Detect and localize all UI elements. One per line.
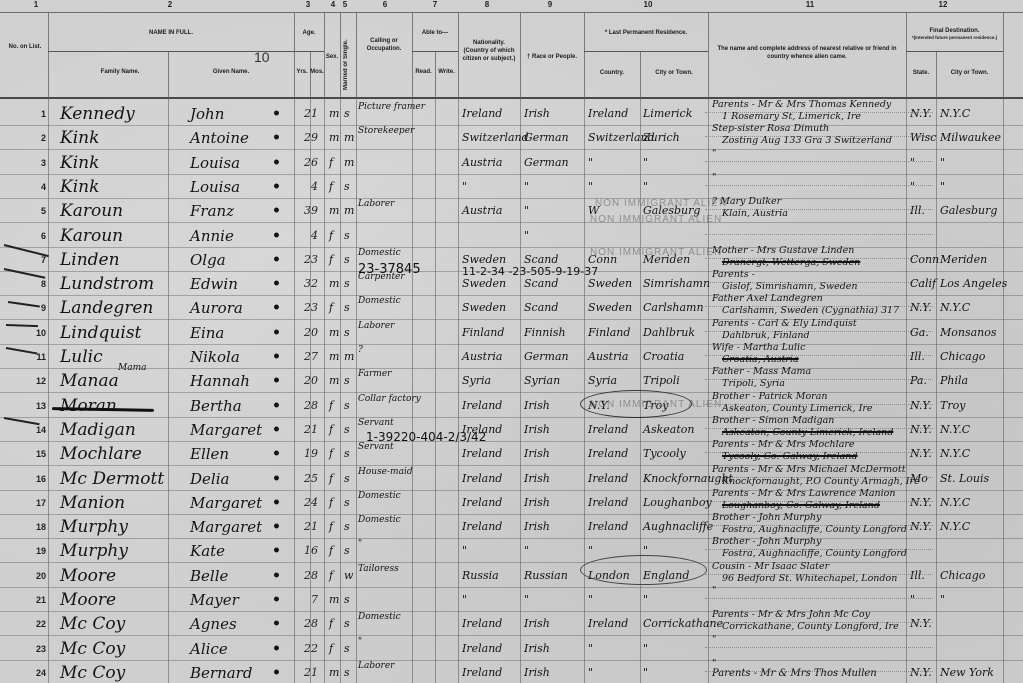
- header-able-to: Able to—: [412, 29, 458, 37]
- race: Irish: [524, 611, 582, 635]
- marital-status: s: [344, 466, 356, 490]
- marital-status: s: [344, 174, 356, 198]
- table-row: 15MochlareEllen19fsServantIrelandIrishIr…: [0, 441, 1023, 466]
- residence-country: Ireland: [588, 490, 640, 514]
- destination-city: Monsanos: [940, 320, 1002, 344]
- olga-number-annotation: 23-37845: [358, 262, 421, 277]
- sex: f: [329, 150, 341, 174]
- given-name-marker-dot: •: [272, 611, 281, 635]
- race: Scand: [524, 295, 582, 319]
- sex: f: [329, 417, 341, 441]
- race: ": [524, 223, 582, 247]
- residence-country: ": [588, 150, 640, 174]
- age-years: 23: [300, 295, 318, 319]
- family-name: Kennedy: [60, 101, 168, 125]
- sex: m: [329, 660, 341, 683]
- nationality: Ireland: [462, 611, 520, 635]
- column-number: 12: [939, 0, 948, 9]
- marital-status: s: [344, 441, 356, 465]
- residence-country: ": [588, 174, 640, 198]
- marital-status: s: [344, 538, 356, 562]
- relative-line: ": [712, 585, 904, 597]
- marital-status: s: [344, 660, 356, 683]
- table-row: 9LandegrenAurora23fsDomesticSwedenScandS…: [0, 295, 1023, 320]
- destination-city: ": [940, 587, 1002, 611]
- race: Russian: [524, 563, 582, 587]
- residence-country: Ireland: [588, 514, 640, 538]
- family-name: Karoun: [60, 223, 168, 247]
- occupation: Domestic: [358, 490, 412, 514]
- sex: m: [329, 198, 341, 222]
- header-mos: Mos.: [310, 68, 324, 76]
- given-name: Eina: [190, 320, 280, 344]
- given-name-marker-dot: •: [272, 271, 281, 295]
- occupation: Storekeeper: [358, 125, 412, 149]
- table-row: 10LindquistEina20msLaborerFinlandFinnish…: [0, 320, 1023, 345]
- occupation: Domestic: [358, 514, 412, 538]
- header-write: Write.: [435, 68, 458, 76]
- age-years: 25: [300, 466, 318, 490]
- residence-city: Knockfornaught: [643, 466, 707, 490]
- nationality: Russia: [462, 563, 520, 587]
- destination-state: ": [910, 150, 936, 174]
- residence-city: ": [643, 587, 707, 611]
- occupation: Tailoress: [358, 563, 412, 587]
- table-header: No. on List. NAME IN FULL. 10 Family Nam…: [0, 12, 1023, 99]
- sex: f: [329, 611, 341, 635]
- sex: m: [329, 125, 341, 149]
- marital-status: s: [344, 587, 356, 611]
- nationality: Austria: [462, 150, 520, 174]
- column-number: 9: [548, 0, 552, 9]
- destination-city: N.Y.C: [940, 514, 1002, 538]
- given-name: Mayer: [190, 587, 280, 611]
- relative-line: Parents - Mr & Mrs Thomas Kennedy: [712, 99, 904, 111]
- occupation: Picture framer: [358, 101, 412, 125]
- age-years: 28: [300, 393, 318, 417]
- race: ": [524, 174, 582, 198]
- header-state: State.: [906, 69, 936, 77]
- age-years: 4: [300, 223, 318, 247]
- family-name: Manion: [60, 490, 168, 514]
- race: ": [524, 587, 582, 611]
- destination-city: ": [940, 174, 1002, 198]
- residence-country: Austria: [588, 344, 640, 368]
- relative-line: Cousin - Mr Isaac Slater: [712, 561, 904, 573]
- relative-line: Wife - Martha Lulic: [712, 342, 904, 354]
- given-name-marker-dot: •: [272, 223, 281, 247]
- family-name: Landegren: [60, 295, 168, 319]
- race: German: [524, 125, 582, 149]
- nationality: Austria: [462, 344, 520, 368]
- manifest-sheet: 1 2 3 4 5 6 7 8 9 10 11 12 No. on Li: [0, 0, 1023, 683]
- relative-line: ": [712, 634, 904, 646]
- destination-city: ": [940, 150, 1002, 174]
- marital-status: s: [344, 320, 356, 344]
- row-number: 11: [18, 344, 46, 368]
- nationality: ": [462, 538, 520, 562]
- family-name: Mc Coy: [60, 660, 168, 683]
- given-name-marker-dot: •: [272, 125, 281, 149]
- destination-city: Galesburg: [940, 198, 1002, 222]
- table-row: 17ManionMargaret24fsDomesticIrelandIrish…: [0, 490, 1023, 515]
- family-name: Kink: [60, 174, 168, 198]
- table-row: 6KarounAnnie4fs"•: [0, 223, 1023, 248]
- non-immigrant-stamp: NON IMMIGRANT ALIEN: [595, 198, 727, 209]
- destination-state: N.Y.: [910, 393, 936, 417]
- residence-city: Loughanboy: [643, 490, 707, 514]
- family-name: Karoun: [60, 198, 168, 222]
- nationality: [462, 223, 520, 247]
- residence-city: Dahlbruk: [643, 320, 707, 344]
- residence-city: Askeaton: [643, 417, 707, 441]
- occupation: [358, 174, 412, 198]
- given-name-marker-dot: •: [272, 514, 281, 538]
- family-name: Mochlare: [60, 441, 168, 465]
- given-name: Antoine: [190, 125, 280, 149]
- sex: m: [329, 587, 341, 611]
- residence-country: ": [588, 636, 640, 660]
- given-name: Ellen: [190, 441, 280, 465]
- destination-city: [940, 636, 1002, 660]
- nationality: ": [462, 587, 520, 611]
- age-years: 4: [300, 174, 318, 198]
- residence-country: ": [588, 587, 640, 611]
- destination-state: N.Y.: [910, 441, 936, 465]
- handwritten-page-number: 10: [254, 49, 270, 65]
- row-number: 6: [18, 223, 46, 247]
- destination-state: Ill.: [910, 198, 936, 222]
- residence-city: Tripoli: [643, 368, 707, 392]
- race: Irish: [524, 636, 582, 660]
- occupation: Farmer: [358, 368, 412, 392]
- row-25-partial-relative: Parents - Mr & Mrs Thos Mullen: [712, 668, 877, 679]
- given-name: Delia: [190, 466, 280, 490]
- column-number: 8: [485, 0, 489, 9]
- given-name: Belle: [190, 563, 280, 587]
- race: Irish: [524, 514, 582, 538]
- destination-city: Los Angeles: [940, 271, 1002, 295]
- table-row: 11LulicNikola27mm?AustriaGermanAustriaCr…: [0, 344, 1023, 369]
- age-years: 20: [300, 320, 318, 344]
- marital-status: m: [344, 198, 356, 222]
- given-name: Aurora: [190, 295, 280, 319]
- destination-state: Conn: [910, 247, 936, 271]
- marital-status: s: [344, 514, 356, 538]
- occupation: Domestic: [358, 295, 412, 319]
- destination-city: Milwaukee: [940, 125, 1002, 149]
- family-name: Mc Coy: [60, 636, 168, 660]
- given-name-marker-dot: •: [272, 101, 281, 125]
- relative-line: ": [712, 148, 904, 160]
- non-immigrant-stamp: NON IMMIGRANT ALIEN: [590, 247, 722, 258]
- family-name: Linden: [60, 247, 168, 271]
- nationality: Ireland: [462, 660, 520, 683]
- residence-city: Limerick: [643, 101, 707, 125]
- non-immigrant-stamp: NON IMMIGRANT ALIEN: [590, 214, 722, 225]
- given-name: Kate: [190, 538, 280, 562]
- given-name: John: [190, 101, 280, 125]
- given-name-marker-dot: •: [272, 174, 281, 198]
- sex: m: [329, 368, 341, 392]
- header-calling: Calling or Occupation.: [358, 37, 410, 53]
- race: Irish: [524, 660, 582, 683]
- age-years: 39: [300, 198, 318, 222]
- given-name: Annie: [190, 223, 280, 247]
- occupation: Laborer: [358, 198, 412, 222]
- header-country: Country.: [584, 69, 640, 77]
- destination-state: N.Y.: [910, 514, 936, 538]
- occupation: [358, 150, 412, 174]
- row-number: 1: [18, 101, 46, 125]
- header-family-name: Family Name.: [75, 68, 165, 76]
- table-row: 4KinkLouisa4fs""""""•": [0, 174, 1023, 199]
- sex: m: [329, 344, 341, 368]
- given-name: Bertha: [190, 393, 280, 417]
- residence-country: Finland: [588, 320, 640, 344]
- row-number: 5: [18, 198, 46, 222]
- residence-country: Ireland: [588, 466, 640, 490]
- destination-city: [940, 611, 1002, 635]
- relative-line: Mother - Mrs Gustave Linden: [712, 245, 904, 257]
- nationality: Ireland: [462, 636, 520, 660]
- marital-status: w: [344, 563, 356, 587]
- table-row: 22Mc CoyAgnes28fsDomesticIrelandIrishIre…: [0, 611, 1023, 636]
- destination-state: N.Y.: [910, 490, 936, 514]
- relative-line: Brother - Simon Madigan: [712, 415, 904, 427]
- row-number: 12: [18, 368, 46, 392]
- age-years: 21: [300, 417, 318, 441]
- marital-status: s: [344, 368, 356, 392]
- given-name-marker-dot: •: [272, 295, 281, 319]
- given-name-marker-dot: •: [272, 490, 281, 514]
- sex: f: [329, 295, 341, 319]
- header-final-destination: Final Destination.: [906, 27, 1003, 35]
- destination-city: [940, 538, 1002, 562]
- marital-status: m: [344, 344, 356, 368]
- residence-city: Simrishamn: [643, 271, 707, 295]
- residence-city: Aughnacliffe: [643, 514, 707, 538]
- residence-country: Ireland: [588, 101, 640, 125]
- marital-status: s: [344, 417, 356, 441]
- row-number: 10: [18, 320, 46, 344]
- relative-line: Parents - Mr & Mrs Mochlare: [712, 439, 904, 451]
- row-number: 23: [18, 636, 46, 660]
- header-dest-city: City or Town.: [936, 69, 1003, 77]
- age-years: 28: [300, 563, 318, 587]
- manifest-rows: 1KennedyJohn21msPicture framerIrelandIri…: [0, 97, 1023, 683]
- given-name-marker-dot: •: [272, 466, 281, 490]
- given-name: Edwin: [190, 271, 280, 295]
- marital-status: s: [344, 393, 356, 417]
- age-years: 29: [300, 125, 318, 149]
- olga-date-annotation: 11-2-34 -23-505-9-19-37: [462, 265, 598, 278]
- destination-state: Pa.: [910, 368, 936, 392]
- occupation: ": [358, 538, 412, 562]
- race: Irish: [524, 490, 582, 514]
- marital-status: s: [344, 636, 356, 660]
- nationality: Ireland: [462, 393, 520, 417]
- column-number: 6: [383, 0, 387, 9]
- given-name: Louisa: [190, 174, 280, 198]
- given-name-marker-dot: •: [272, 368, 281, 392]
- destination-city: Troy: [940, 393, 1002, 417]
- row-number: 9: [18, 295, 46, 319]
- given-name-marker-dot: •: [272, 198, 281, 222]
- given-name-marker-dot: •: [272, 247, 281, 271]
- destination-city: Chicago: [940, 344, 1002, 368]
- family-name: Lundstrom: [60, 271, 168, 295]
- age-years: 24: [300, 490, 318, 514]
- residence-city: Corrickathane: [643, 611, 707, 635]
- table-row: 18MurphyMargaret21fsDomesticIrelandIrish…: [0, 514, 1023, 539]
- residence-city: Zurich: [643, 125, 707, 149]
- header-relative: The name and complete address of nearest…: [712, 45, 902, 61]
- family-name: Manaa: [60, 368, 168, 392]
- occupation: [358, 223, 412, 247]
- residence-city: ": [643, 660, 707, 683]
- nationality: Finland: [462, 320, 520, 344]
- header-yrs: Yrs.: [294, 68, 310, 76]
- destination-state: Ill.: [910, 344, 936, 368]
- given-name: Margaret: [190, 417, 280, 441]
- family-name: Lindquist: [60, 320, 168, 344]
- table-row: 14MadiganMargaret21fsServantIrelandIrish…: [0, 417, 1023, 442]
- row-number: 4: [18, 174, 46, 198]
- table-row: 19MurphyKate16fs"""""•Brother - John Mur…: [0, 538, 1023, 563]
- column-number: 4: [331, 0, 335, 9]
- header-city: City or Town.: [640, 69, 708, 77]
- given-name-marker-dot: •: [272, 417, 281, 441]
- destination-city: [940, 223, 1002, 247]
- given-name: Agnes: [190, 611, 280, 635]
- sex: f: [329, 636, 341, 660]
- destination-state: [910, 538, 936, 562]
- relative-line: Parents - Mr & Mrs Lawrence Manion: [712, 488, 904, 500]
- destination-state: [910, 636, 936, 660]
- relative-line: Father - Mass Mama: [712, 366, 904, 378]
- row-number: 21: [18, 587, 46, 611]
- sex: f: [329, 563, 341, 587]
- nationality: Ireland: [462, 490, 520, 514]
- sex: f: [329, 174, 341, 198]
- given-name-marker-dot: •: [272, 320, 281, 344]
- age-years: 20: [300, 368, 318, 392]
- table-row: 16Mc DermottDelia25fsHouse-maidIrelandIr…: [0, 466, 1023, 491]
- relative-line: Brother - John Murphy: [712, 512, 904, 524]
- destination-state: [910, 223, 936, 247]
- race: Irish: [524, 417, 582, 441]
- sex: f: [329, 490, 341, 514]
- row-number: 15: [18, 441, 46, 465]
- sex: f: [329, 514, 341, 538]
- occupation: Collar factory: [358, 393, 412, 417]
- relative-line: Father Axel Landegren: [712, 293, 904, 305]
- given-name-marker-dot: •: [272, 587, 281, 611]
- given-name: Margaret: [190, 490, 280, 514]
- destination-city: N.Y.C: [940, 417, 1002, 441]
- residence-country: Syria: [588, 368, 640, 392]
- header-married-or-single: Married or Single.: [342, 35, 354, 95]
- given-name-marker-dot: •: [272, 660, 281, 683]
- table-row: 13MoranBertha28fsCollar factoryIrelandIr…: [0, 393, 1023, 418]
- marital-status: s: [344, 611, 356, 635]
- occupation: ?: [358, 344, 412, 368]
- occupation: [358, 587, 412, 611]
- column-number: 1: [34, 0, 38, 9]
- residence-country: Ireland: [588, 611, 640, 635]
- destination-state: N.Y.: [910, 611, 936, 635]
- row-number: 2: [18, 125, 46, 149]
- given-name: Olga: [190, 247, 280, 271]
- occupation: ": [358, 636, 412, 660]
- age-years: 19: [300, 441, 318, 465]
- nationality: Ireland: [462, 101, 520, 125]
- relative-line: Step-sister Rosa Dimuth: [712, 123, 904, 135]
- sex: m: [329, 320, 341, 344]
- family-name: Moore: [60, 563, 168, 587]
- relative-line: Brother - John Murphy: [712, 536, 904, 548]
- given-name-marker-dot: •: [272, 636, 281, 660]
- destination-city: Phila: [940, 368, 1002, 392]
- age-years: 21: [300, 101, 318, 125]
- table-row: 3KinkLouisa26fmAustriaGerman""""•": [0, 150, 1023, 175]
- header-read: Read.: [412, 68, 435, 76]
- column-number: 7: [433, 0, 437, 9]
- residence-country: Switzerland: [588, 125, 640, 149]
- residence-city: ": [643, 636, 707, 660]
- table-row: 12ManaaHannah20msFarmerSyriaSyrianSyriaT…: [0, 368, 1023, 393]
- family-name: Mc Dermott: [60, 466, 168, 490]
- column-number: 10: [644, 0, 653, 9]
- given-name-marker-dot: •: [272, 150, 281, 174]
- marital-status: s: [344, 223, 356, 247]
- destination-city: N.Y.C: [940, 441, 1002, 465]
- residence-city: Croatia: [643, 344, 707, 368]
- destination-state: Calif: [910, 271, 936, 295]
- row-number: 20: [18, 563, 46, 587]
- family-name: Murphy: [60, 538, 168, 562]
- destination-city: N.Y.C: [940, 295, 1002, 319]
- relative-line: ? Mary Dulker: [712, 196, 904, 208]
- header-name-in-full: NAME IN FULL.: [48, 29, 294, 37]
- header-no-on-list: No. on List.: [2, 43, 48, 51]
- column-number: 5: [343, 0, 347, 9]
- destination-state: ": [910, 174, 936, 198]
- marital-status: s: [344, 247, 356, 271]
- given-name: Margaret: [190, 514, 280, 538]
- sex: m: [329, 271, 341, 295]
- family-name: Lulic: [60, 344, 168, 368]
- header-sex: Sex.: [324, 53, 340, 61]
- age-years: 28: [300, 611, 318, 635]
- header-nationality: Nationality. (Country of which citizen o…: [460, 39, 518, 63]
- header-race: † Race or People.: [520, 53, 584, 61]
- destination-state: ": [910, 587, 936, 611]
- sex: f: [329, 466, 341, 490]
- marital-status: s: [344, 101, 356, 125]
- destination-city: St. Louis: [940, 466, 1002, 490]
- race: Irish: [524, 441, 582, 465]
- destination-state: N.Y.: [910, 295, 936, 319]
- table-row: 5KarounFranz39mmLaborerAustria"WGalesbur…: [0, 198, 1023, 223]
- residence-city: Carlshamn: [643, 295, 707, 319]
- residence-city: ": [643, 174, 707, 198]
- age-years: 16: [300, 538, 318, 562]
- sex: f: [329, 393, 341, 417]
- relative-line: Parents - Mr & Mrs Michael McDermott: [712, 464, 904, 476]
- relative-line: Brother - Patrick Moran: [712, 391, 904, 403]
